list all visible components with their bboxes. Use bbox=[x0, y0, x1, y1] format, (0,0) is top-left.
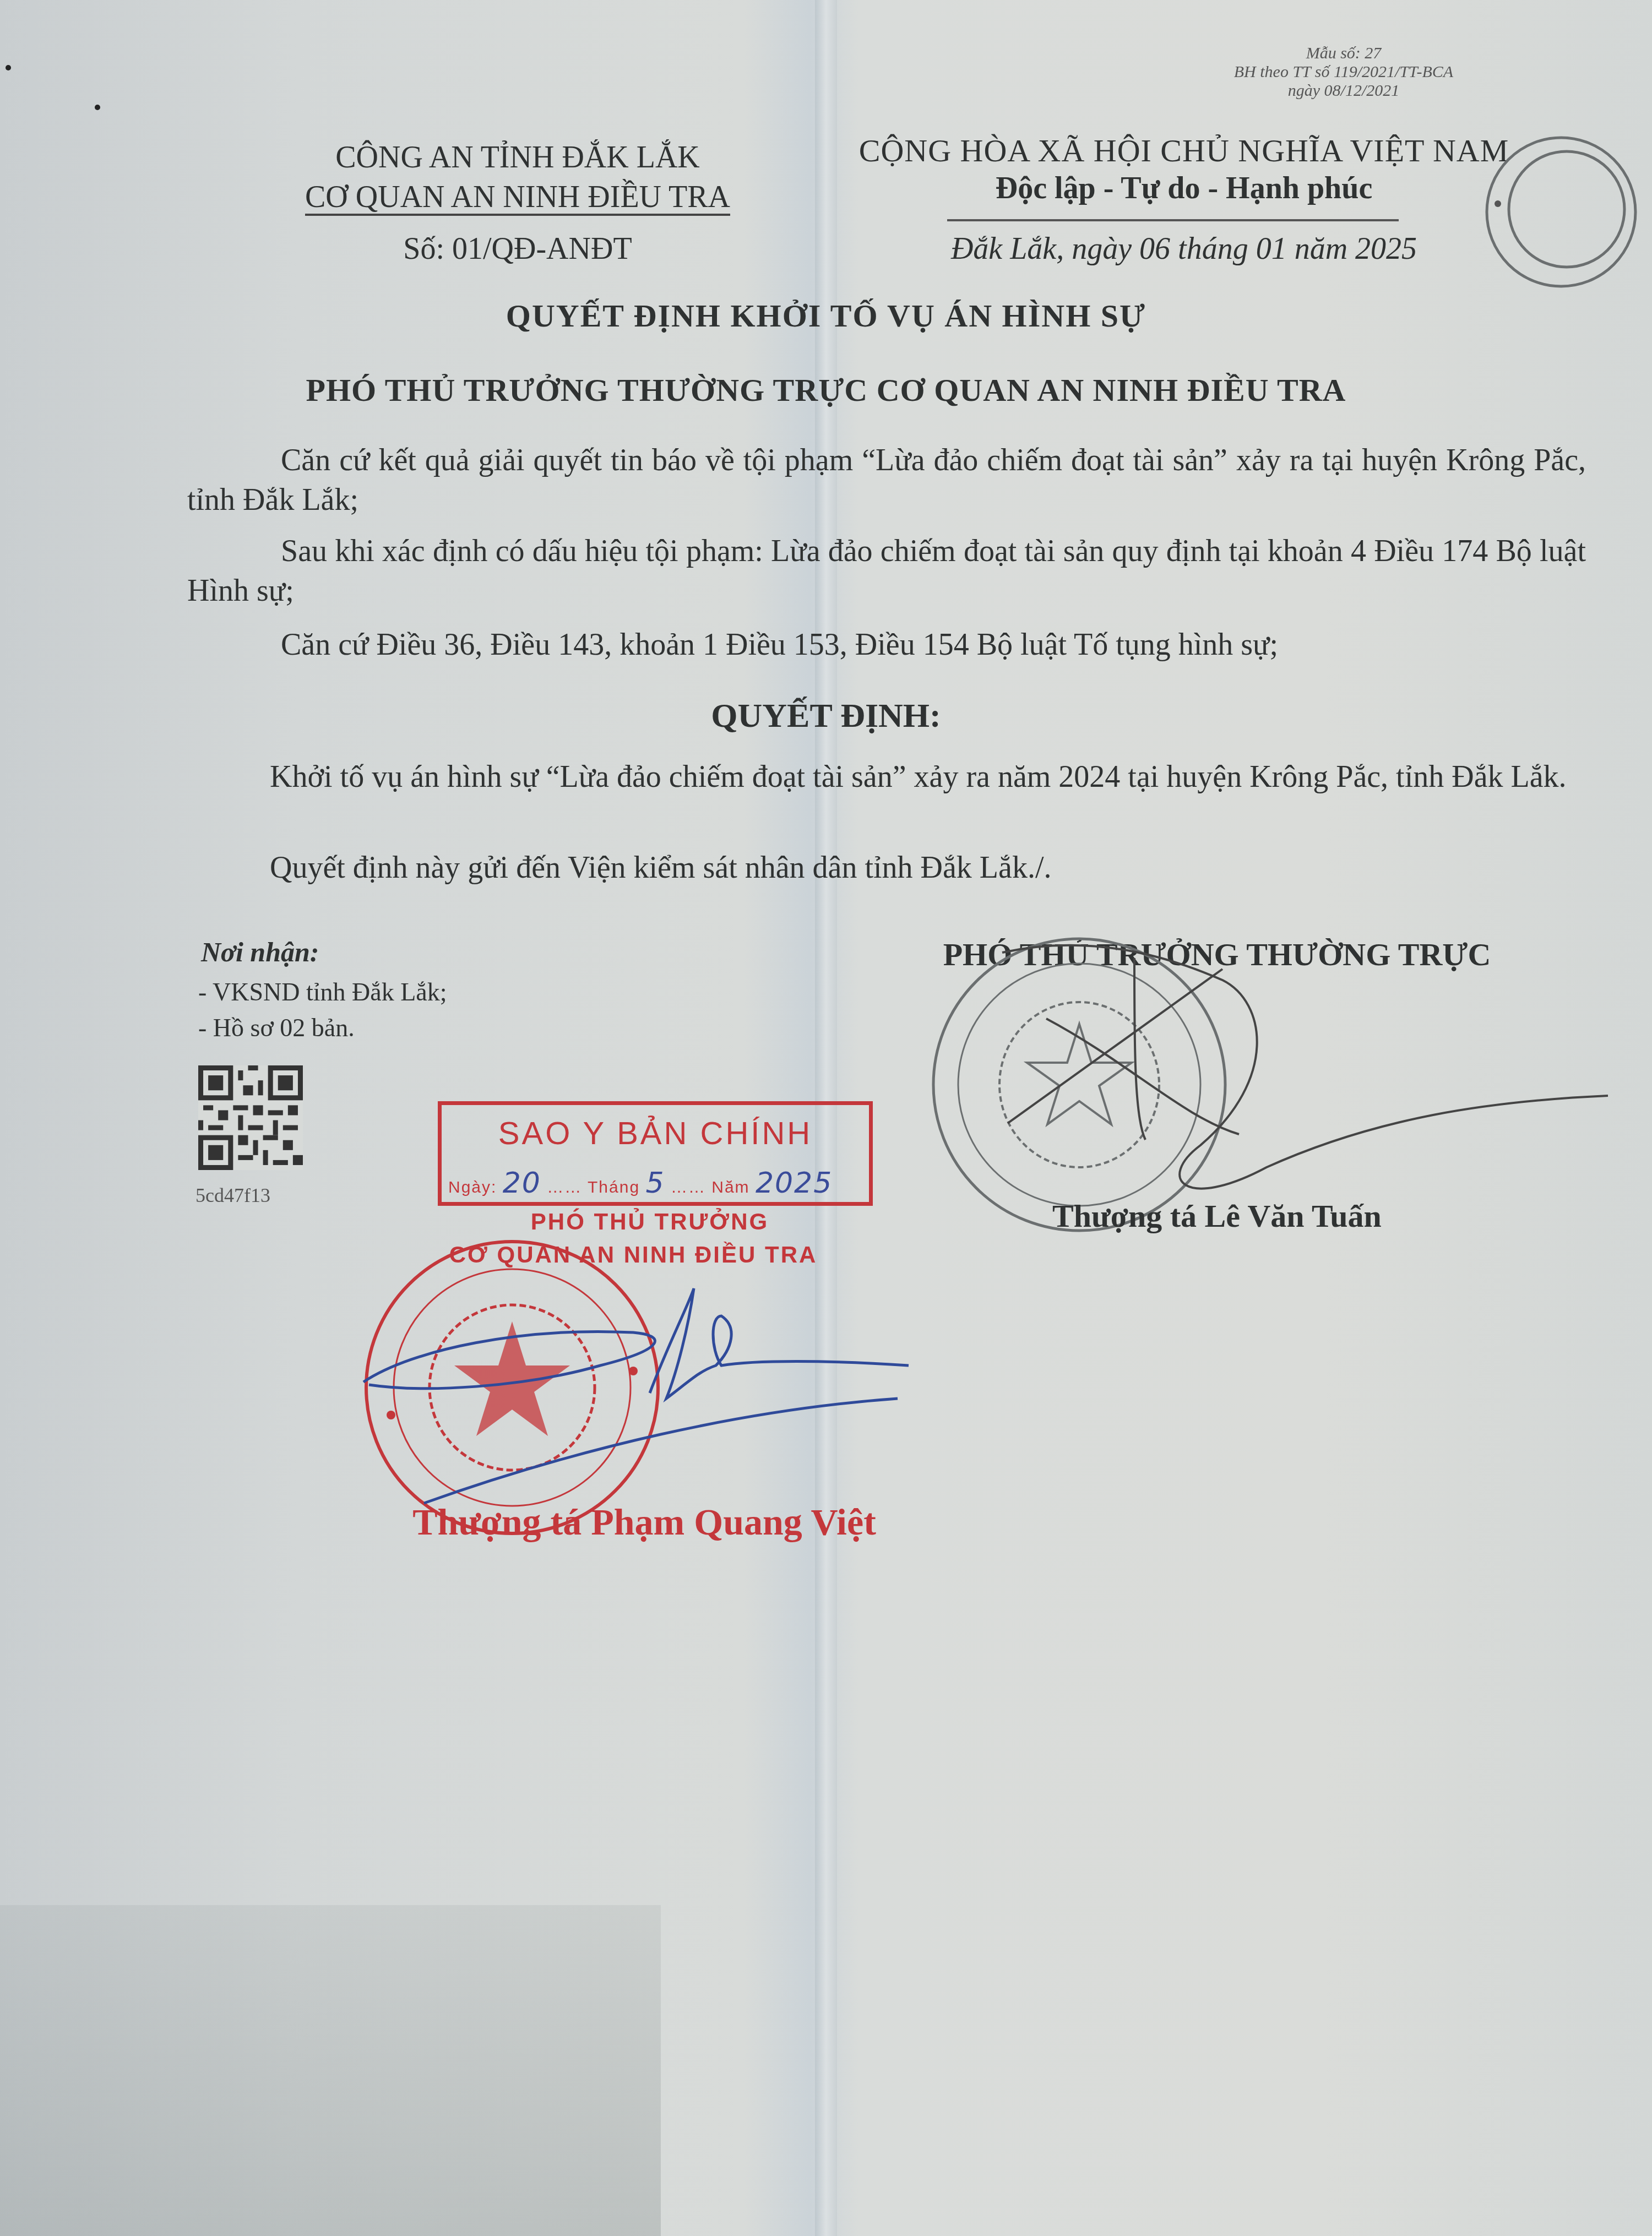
agency-parent: CÔNG AN TỈNH ĐẮK LẮK bbox=[259, 138, 776, 177]
copy-signer-role: PHÓ THỦ TRƯỞNG bbox=[430, 1209, 870, 1235]
form-regulation: BH theo TT số 119/2021/TT-BCA bbox=[1189, 63, 1498, 81]
document-number: Số: 01/QĐ-ANĐT bbox=[259, 231, 776, 266]
copy-stamp-title: SAO Y BẢN CHÍNH bbox=[442, 1115, 869, 1152]
ground-paragraph: Căn cứ Điều 36, Điều 143, khoản 1 Điều 1… bbox=[187, 625, 1586, 665]
document-title: QUYẾT ĐỊNH KHỞI TỐ VỤ ÁN HÌNH SỰ bbox=[0, 297, 1652, 334]
speck bbox=[95, 105, 100, 110]
top-right-seal-icon bbox=[1481, 132, 1641, 292]
month-label: Tháng bbox=[588, 1178, 640, 1196]
recipients-title: Nơi nhận: bbox=[201, 936, 319, 968]
motto-underline bbox=[947, 219, 1399, 221]
year-label: Năm bbox=[711, 1178, 749, 1196]
issuing-agency: CÔNG AN TỈNH ĐẮK LẮK CƠ QUAN AN NINH ĐIỀ… bbox=[259, 138, 776, 217]
copy-signer-name: Thượng tá Phạm Quang Việt bbox=[341, 1500, 947, 1544]
decision-item: Khởi tố vụ án hình sự “Lừa đảo chiếm đoạ… bbox=[176, 757, 1597, 797]
ground-paragraph: Sau khi xác định có dấu hiệu tội phạm: L… bbox=[187, 531, 1586, 611]
qr-code-icon bbox=[198, 1065, 303, 1170]
year-value: 2025 bbox=[756, 1167, 833, 1200]
agency-name: CƠ QUAN AN NINH ĐIỀU TRA bbox=[305, 181, 730, 216]
decision-text: Quyết định này gửi đến Viện kiểm sát nhâ… bbox=[270, 851, 1051, 885]
copy-stamp-date: Ngày: 20 …… Tháng 5 …… Năm 2025 bbox=[448, 1167, 833, 1200]
signature-le-van-tuan-icon bbox=[991, 936, 1608, 1200]
form-reference-note: Mẫu số: 27 BH theo TT số 119/2021/TT-BCA… bbox=[1189, 44, 1498, 100]
national-title: CỘNG HÒA XÃ HỘI CHỦ NGHĨA VIỆT NAM bbox=[820, 132, 1547, 169]
qr-code-text: 5cd47f13 bbox=[195, 1184, 270, 1207]
ground-text: Căn cứ kết quả giải quyết tin báo về tội… bbox=[187, 443, 1586, 517]
place-and-date: Đắk Lắk, ngày 06 tháng 01 năm 2025 bbox=[820, 231, 1547, 266]
day-label: Ngày: bbox=[448, 1178, 497, 1196]
issuing-authority-title: PHÓ THỦ TRƯỞNG THƯỜNG TRỰC CƠ QUAN AN NI… bbox=[0, 372, 1652, 409]
day-value: 20 bbox=[503, 1167, 541, 1200]
ground-text: Sau khi xác định có dấu hiệu tội phạm: L… bbox=[187, 534, 1586, 608]
signature-pham-quang-viet-icon bbox=[358, 1283, 920, 1514]
signer-name: Thượng tá Lê Văn Tuấn bbox=[859, 1198, 1575, 1234]
form-regulation-date: ngày 08/12/2021 bbox=[1189, 81, 1498, 100]
ground-paragraph: Căn cứ kết quả giải quyết tin báo về tội… bbox=[187, 440, 1586, 520]
form-number: Mẫu số: 27 bbox=[1189, 44, 1498, 63]
photo-shadow bbox=[0, 1905, 661, 2236]
decision-heading: QUYẾT ĐỊNH: bbox=[0, 697, 1652, 736]
month-value: 5 bbox=[645, 1167, 665, 1200]
copy-certification-stamp: SAO Y BẢN CHÍNH Ngày: 20 …… Tháng 5 …… N… bbox=[438, 1101, 873, 1206]
national-motto: Độc lập - Tự do - Hạnh phúc bbox=[820, 171, 1547, 206]
ground-text: Căn cứ Điều 36, Điều 143, khoản 1 Điều 1… bbox=[281, 628, 1278, 662]
decision-item: Quyết định này gửi đến Viện kiểm sát nhâ… bbox=[176, 848, 1597, 888]
decision-text: Khởi tố vụ án hình sự “Lừa đảo chiếm đoạ… bbox=[270, 760, 1567, 794]
recipient-item: - VKSND tỉnh Đắk Lắk; bbox=[198, 977, 447, 1007]
recipient-item: - Hồ sơ 02 bản. bbox=[198, 1013, 355, 1042]
speck bbox=[6, 65, 11, 70]
